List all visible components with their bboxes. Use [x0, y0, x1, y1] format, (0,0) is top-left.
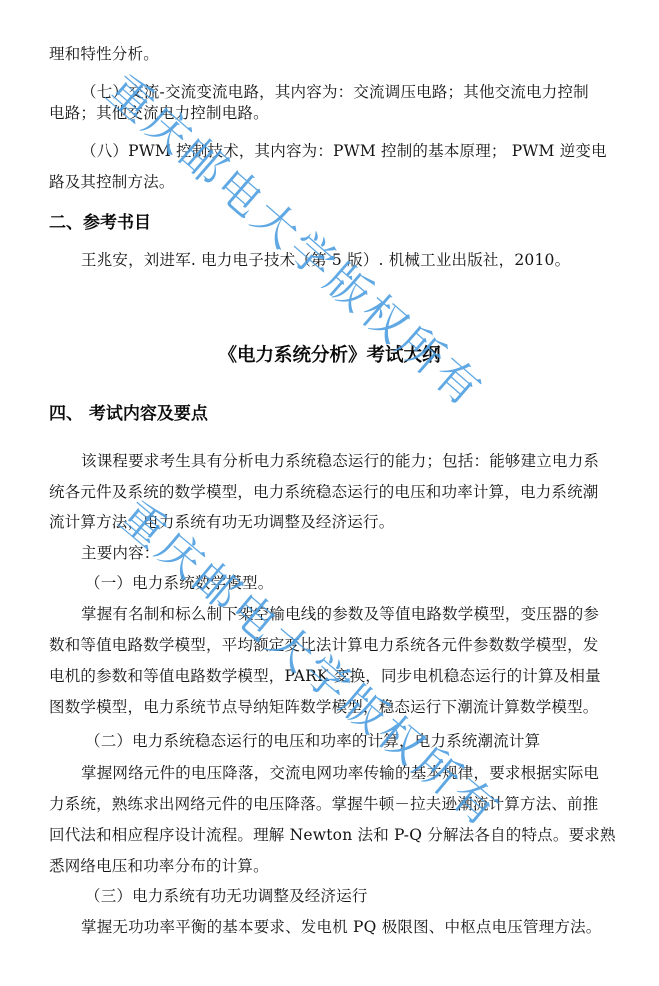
text-line: 理和特性分析。	[49, 44, 159, 64]
item-body-line: 电机的参数和等值电路数学模型，PARK 变换，同步电机稳态运行的计算及相量	[49, 666, 601, 686]
main-content-label: 主要内容：	[81, 543, 160, 563]
item-body-line: 掌握无功功率平衡的基本要求、发电机 PQ 极限图、中枢点电压管理方法。	[81, 917, 602, 937]
text-line: （七）交流-交流变流电路，其内容为：交流调压电路；其他交流电力控制	[81, 82, 589, 102]
item-body-line: 回代法和相应程序设计流程。理解 Newton 法和 P-Q 分解法各自的特点。要…	[49, 825, 616, 845]
intro-line: 统各元件及系统的数学模型，电力系统稳态运行的电压和功率计算，电力系统潮	[49, 482, 599, 502]
reference-entry: 王兆安，刘进军. 电力电子技术（第 5 版）. 机械工业出版社，2010。	[81, 250, 570, 270]
item-title: （三）电力系统有功无功调整及经济运行	[85, 886, 368, 906]
document-page: 理和特性分析。 （七）交流-交流变流电路，其内容为：交流调压电路；其他交流电力控…	[0, 0, 659, 986]
item-body-line: 图数学模型，电力系统节点导纳矩阵数学模型，稳态运行下潮流计算数学模型。	[49, 697, 599, 717]
document-title: 《电力系统分析》考试大纲	[0, 344, 659, 368]
text-line: 路及其控制方法。	[49, 172, 175, 192]
item-title: （一）电力系统数学模型。	[85, 573, 273, 593]
item-body-line: 悉网络电压和功率分布的计算。	[49, 856, 269, 876]
text-line: （八）PWM 控制技术，其内容为：PWM 控制的基本原理； PWM 逆变电	[81, 141, 607, 161]
item-body-line: 数和等值电路数学模型，平均额定变比法计算电力系统各元件参数数学模型，发	[49, 635, 599, 655]
item-title: （二）电力系统稳态运行的电压和功率的计算，电力系统潮流计算	[85, 731, 540, 751]
intro-line: 流计算方法，电力系统有功无功调整及经济运行。	[49, 512, 394, 532]
intro-line: 该课程要求考生具有分析电力系统稳态运行的能力；包括：能够建立电力系	[81, 451, 599, 471]
section-heading-references: 二、参考书目	[49, 212, 151, 234]
item-body-line: 掌握网络元件的电压降落，交流电网功率传输的基本规律，要求根据实际电	[81, 763, 599, 783]
section-heading-exam-content: 四、 考试内容及要点	[49, 403, 208, 425]
item-body-line: 掌握有名制和标么制下架空输电线的参数及等值电路数学模型，变压器的参	[81, 604, 599, 624]
item-body-line: 力系统，熟练求出网络元件的电压降落。掌握牛顿－拉夫逊潮流计算方法、前推	[49, 794, 599, 814]
text-line: 电路；其他交流电力控制电路。	[49, 103, 269, 123]
